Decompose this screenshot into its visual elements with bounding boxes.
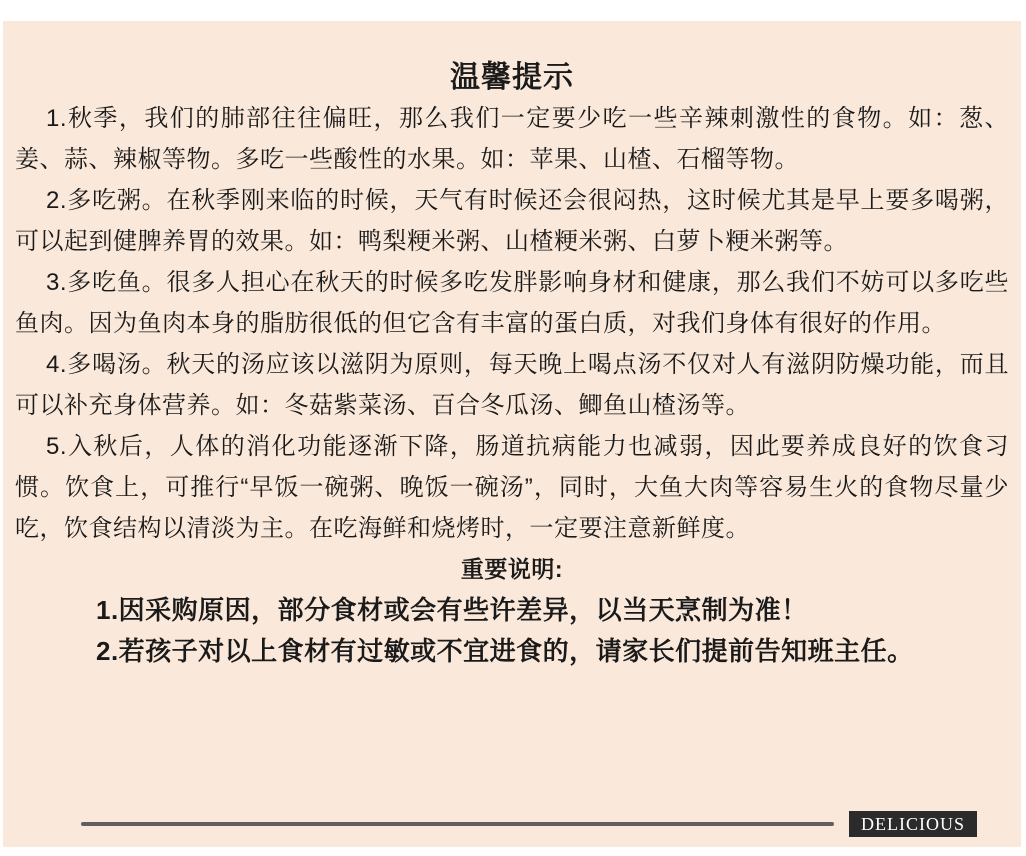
body-paragraph-5: 5.入秋后，人体的消化功能逐渐下降，肠道抗病能力也减弱，因此要养成良好的饮食习惯… xyxy=(15,426,1009,549)
body-paragraph-1: 1.秋季，我们的肺部往往偏旺，那么我们一定要少吃一些辛辣刺激性的食物。如：葱、姜… xyxy=(15,98,1009,180)
page-title: 温馨提示 xyxy=(15,57,1009,98)
notice-item-1: 1.因采购原因，部分食材或会有些许差异，以当天烹制为准！ xyxy=(15,590,1009,631)
notice-item-2: 2.若孩子对以上食材有过敏或不宜进食的，请家长们提前告知班主任。 xyxy=(15,631,1009,672)
body-paragraph-3: 3.多吃鱼。很多人担心在秋天的时候多吃发胖影响身材和健康，那么我们不妨可以多吃些… xyxy=(15,262,1009,344)
body-paragraph-4: 4.多喝汤。秋天的汤应该以滋阴为原则，每天晚上喝点汤不仅对人有滋阴防燥功能，而且… xyxy=(15,344,1009,426)
page-background: 温馨提示 1.秋季，我们的肺部往往偏旺，那么我们一定要少吃一些辛辣刺激性的食物。… xyxy=(0,0,1026,856)
footer: DELICIOUS xyxy=(81,811,977,837)
footer-divider-line xyxy=(81,822,834,826)
notice-content: 温馨提示 1.秋季，我们的肺部往往偏旺，那么我们一定要少吃一些辛辣刺激性的食物。… xyxy=(3,21,1021,672)
body-paragraph-2: 2.多吃粥。在秋季刚来临的时候，天气有时候还会很闷热，这时候尤其是早上要多喝粥，… xyxy=(15,180,1009,262)
notice-heading: 重要说明: xyxy=(15,549,1009,590)
notice-card: 温馨提示 1.秋季，我们的肺部往往偏旺，那么我们一定要少吃一些辛辣刺激性的食物。… xyxy=(3,21,1021,847)
delicious-badge: DELICIOUS xyxy=(849,811,977,837)
